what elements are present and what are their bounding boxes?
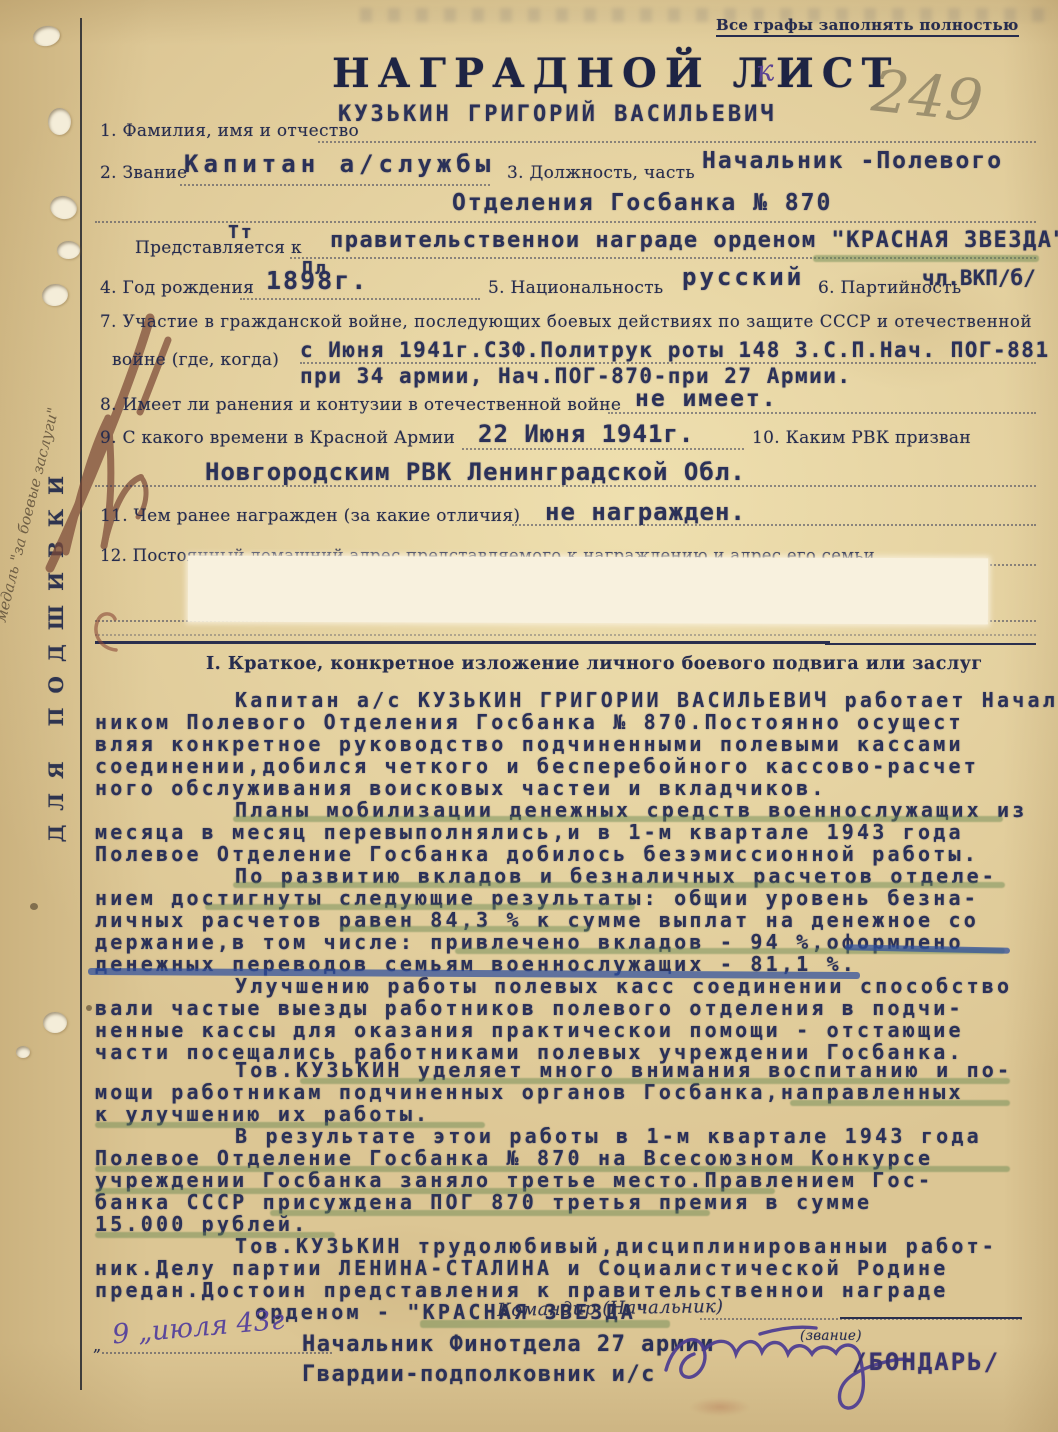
highlight-underline-green	[95, 1122, 485, 1128]
pencil-page-number: 249	[869, 56, 986, 135]
field-value-presented: правительственнои награде орденом "КРАСН…	[330, 228, 1058, 253]
citation-line: Полевое Отделение Госбанка добилось безэ…	[95, 842, 1040, 866]
citation-line: ненные кассы для оказания практическои п…	[95, 1018, 1040, 1042]
field-value-prior-awards: не награжден.	[545, 498, 746, 526]
date-quote-mark: „	[93, 1336, 102, 1355]
binding-hole	[57, 241, 80, 259]
field-label-wounds: 8. Имеет ли ранения и контузии в отечест…	[100, 395, 621, 415]
dotted-rule	[608, 412, 1036, 414]
overstrike-top: Тт	[228, 222, 254, 243]
field-label-nationality: 5. Национальность	[488, 278, 663, 298]
citation-line: ного обслуживания воисковых частеи и вкл…	[95, 776, 1040, 800]
field-label-war-2: войне (где, когда)	[112, 350, 279, 370]
paper-speck	[86, 1005, 92, 1011]
field-label-position: 3. Должность, часть	[507, 163, 695, 183]
highlight-underline-green	[233, 882, 1005, 888]
red-pencil-curl	[86, 610, 126, 654]
signer-title-2: Гвардии-подполковник и/с	[302, 1362, 656, 1387]
field-value-rvk: Новгородским РВК Ленинградской Обл.	[205, 458, 746, 486]
field-label-army-since: 9. С какого времени в Красной Армии	[100, 428, 455, 448]
field-label-birth: 4. Год рождения	[100, 278, 254, 298]
margin-rule	[80, 18, 82, 1390]
highlight-underline-green	[95, 1166, 1010, 1172]
section-divider-rule	[95, 641, 830, 644]
binding-hole	[16, 1046, 30, 1058]
dotted-rule	[102, 1352, 332, 1354]
field-label-prior-awards: 11. Чем ранее награжден (за какие отличи…	[100, 506, 520, 526]
field-value-birth: 1898г.	[266, 266, 368, 295]
highlight-underline-green	[340, 926, 590, 932]
field-value-position-2: Отделения Госбанка № 870	[452, 190, 832, 216]
highlight-underline-green	[95, 1232, 335, 1238]
highlight-underline-green	[205, 904, 635, 910]
binding-hole	[48, 193, 80, 222]
dotted-rule	[95, 485, 1036, 487]
highlight-underline-green	[95, 1188, 775, 1194]
handwritten-k-annotation: к	[754, 53, 775, 90]
citation-line: ник.Делу партии ЛЕНИНА-СТАЛИНА и Социали…	[95, 1256, 1040, 1280]
field-value-nationality: русский	[682, 263, 804, 291]
field-value-war-2: при 34 армии, Нач.ПОГ-870-при 27 Армии.	[300, 364, 852, 388]
field-label-presented: Представляется к	[135, 238, 302, 258]
citation-line: вали частые выезды работников полевого о…	[95, 996, 1040, 1020]
document-title: НАГРАДНОЙ ЛИСТ	[332, 50, 899, 97]
citation-line: вляя конкретное руководство подчиненными…	[95, 732, 1040, 756]
recipient-name-typed: КУЗЬКИН ГРИГОРИЙ ВАСИЛЬЕВИЧ	[338, 102, 777, 127]
margin-pencil-strokes	[0, 300, 180, 620]
binding-hole	[43, 1012, 67, 1033]
highlight-underline-green	[270, 1210, 710, 1216]
field-value-rank: Капитан а/службы	[184, 150, 495, 178]
field-value-wounds: не имеет.	[635, 386, 778, 412]
field-value-army-since: 22 Июня 1941г.	[478, 420, 694, 448]
section-divider-rule	[825, 643, 1036, 645]
field-label-name: 1. Фамилия, имя и отчество	[100, 121, 359, 141]
dotted-rule	[240, 298, 480, 300]
award-sheet-document: ДЛЯ ПОДШИВКИ медаль "за боевые заслуги" …	[0, 0, 1058, 1432]
dotted-rule	[95, 634, 1036, 636]
highlight-underline-green	[233, 816, 1003, 822]
highlight-underline-green	[813, 255, 1039, 262]
dotted-rule	[318, 141, 1036, 143]
redacted-address-box	[188, 556, 988, 625]
field-label-rank: 2. Звание	[100, 163, 187, 183]
field-label-rvk: 10. Каким РВК призван	[752, 428, 971, 448]
field-value-position-1: Начальник -Полевого	[702, 148, 1003, 174]
citation-line: месяца в месяц перевыполнялись,и в 1-м к…	[95, 820, 1040, 844]
paper-speck	[30, 903, 38, 910]
field-value-war-1: с Июня 1941г.СЗФ.Политрук роты 148 З.С.П…	[300, 338, 1050, 362]
citation-line: Улучшению работы полевых касс соединении…	[95, 974, 1058, 998]
field-value-party: чл.ВКП/б/	[922, 266, 1036, 290]
citation-line: ником Полевого Отделения Госбанка № 870.…	[95, 710, 1040, 734]
citation-line: соединении,добился четкого и бесперебойн…	[95, 754, 1040, 778]
highlight-underline-green	[300, 1078, 1010, 1084]
binding-hole	[31, 24, 61, 48]
citation-heading: I. Краткое, конкретное изложение личного…	[206, 654, 983, 674]
binding-hole	[48, 108, 71, 135]
field-label-war-1: 7. Участие в гражданской войне, последую…	[100, 312, 1032, 331]
dotted-rule	[462, 448, 744, 450]
highlight-underline-green	[420, 1320, 670, 1328]
signer-name: /БОНДАРЬ/	[852, 1348, 1000, 1376]
fill-all-fields-note: Все графы заполнять полностью	[716, 16, 1019, 37]
citation-line: Капитан а/с КУЗЬКИН ГРИГОРИИ ВАСИЛЬЕВИЧ …	[95, 688, 1058, 712]
dotted-rule	[180, 184, 490, 186]
highlight-underline-green	[790, 1100, 1010, 1106]
